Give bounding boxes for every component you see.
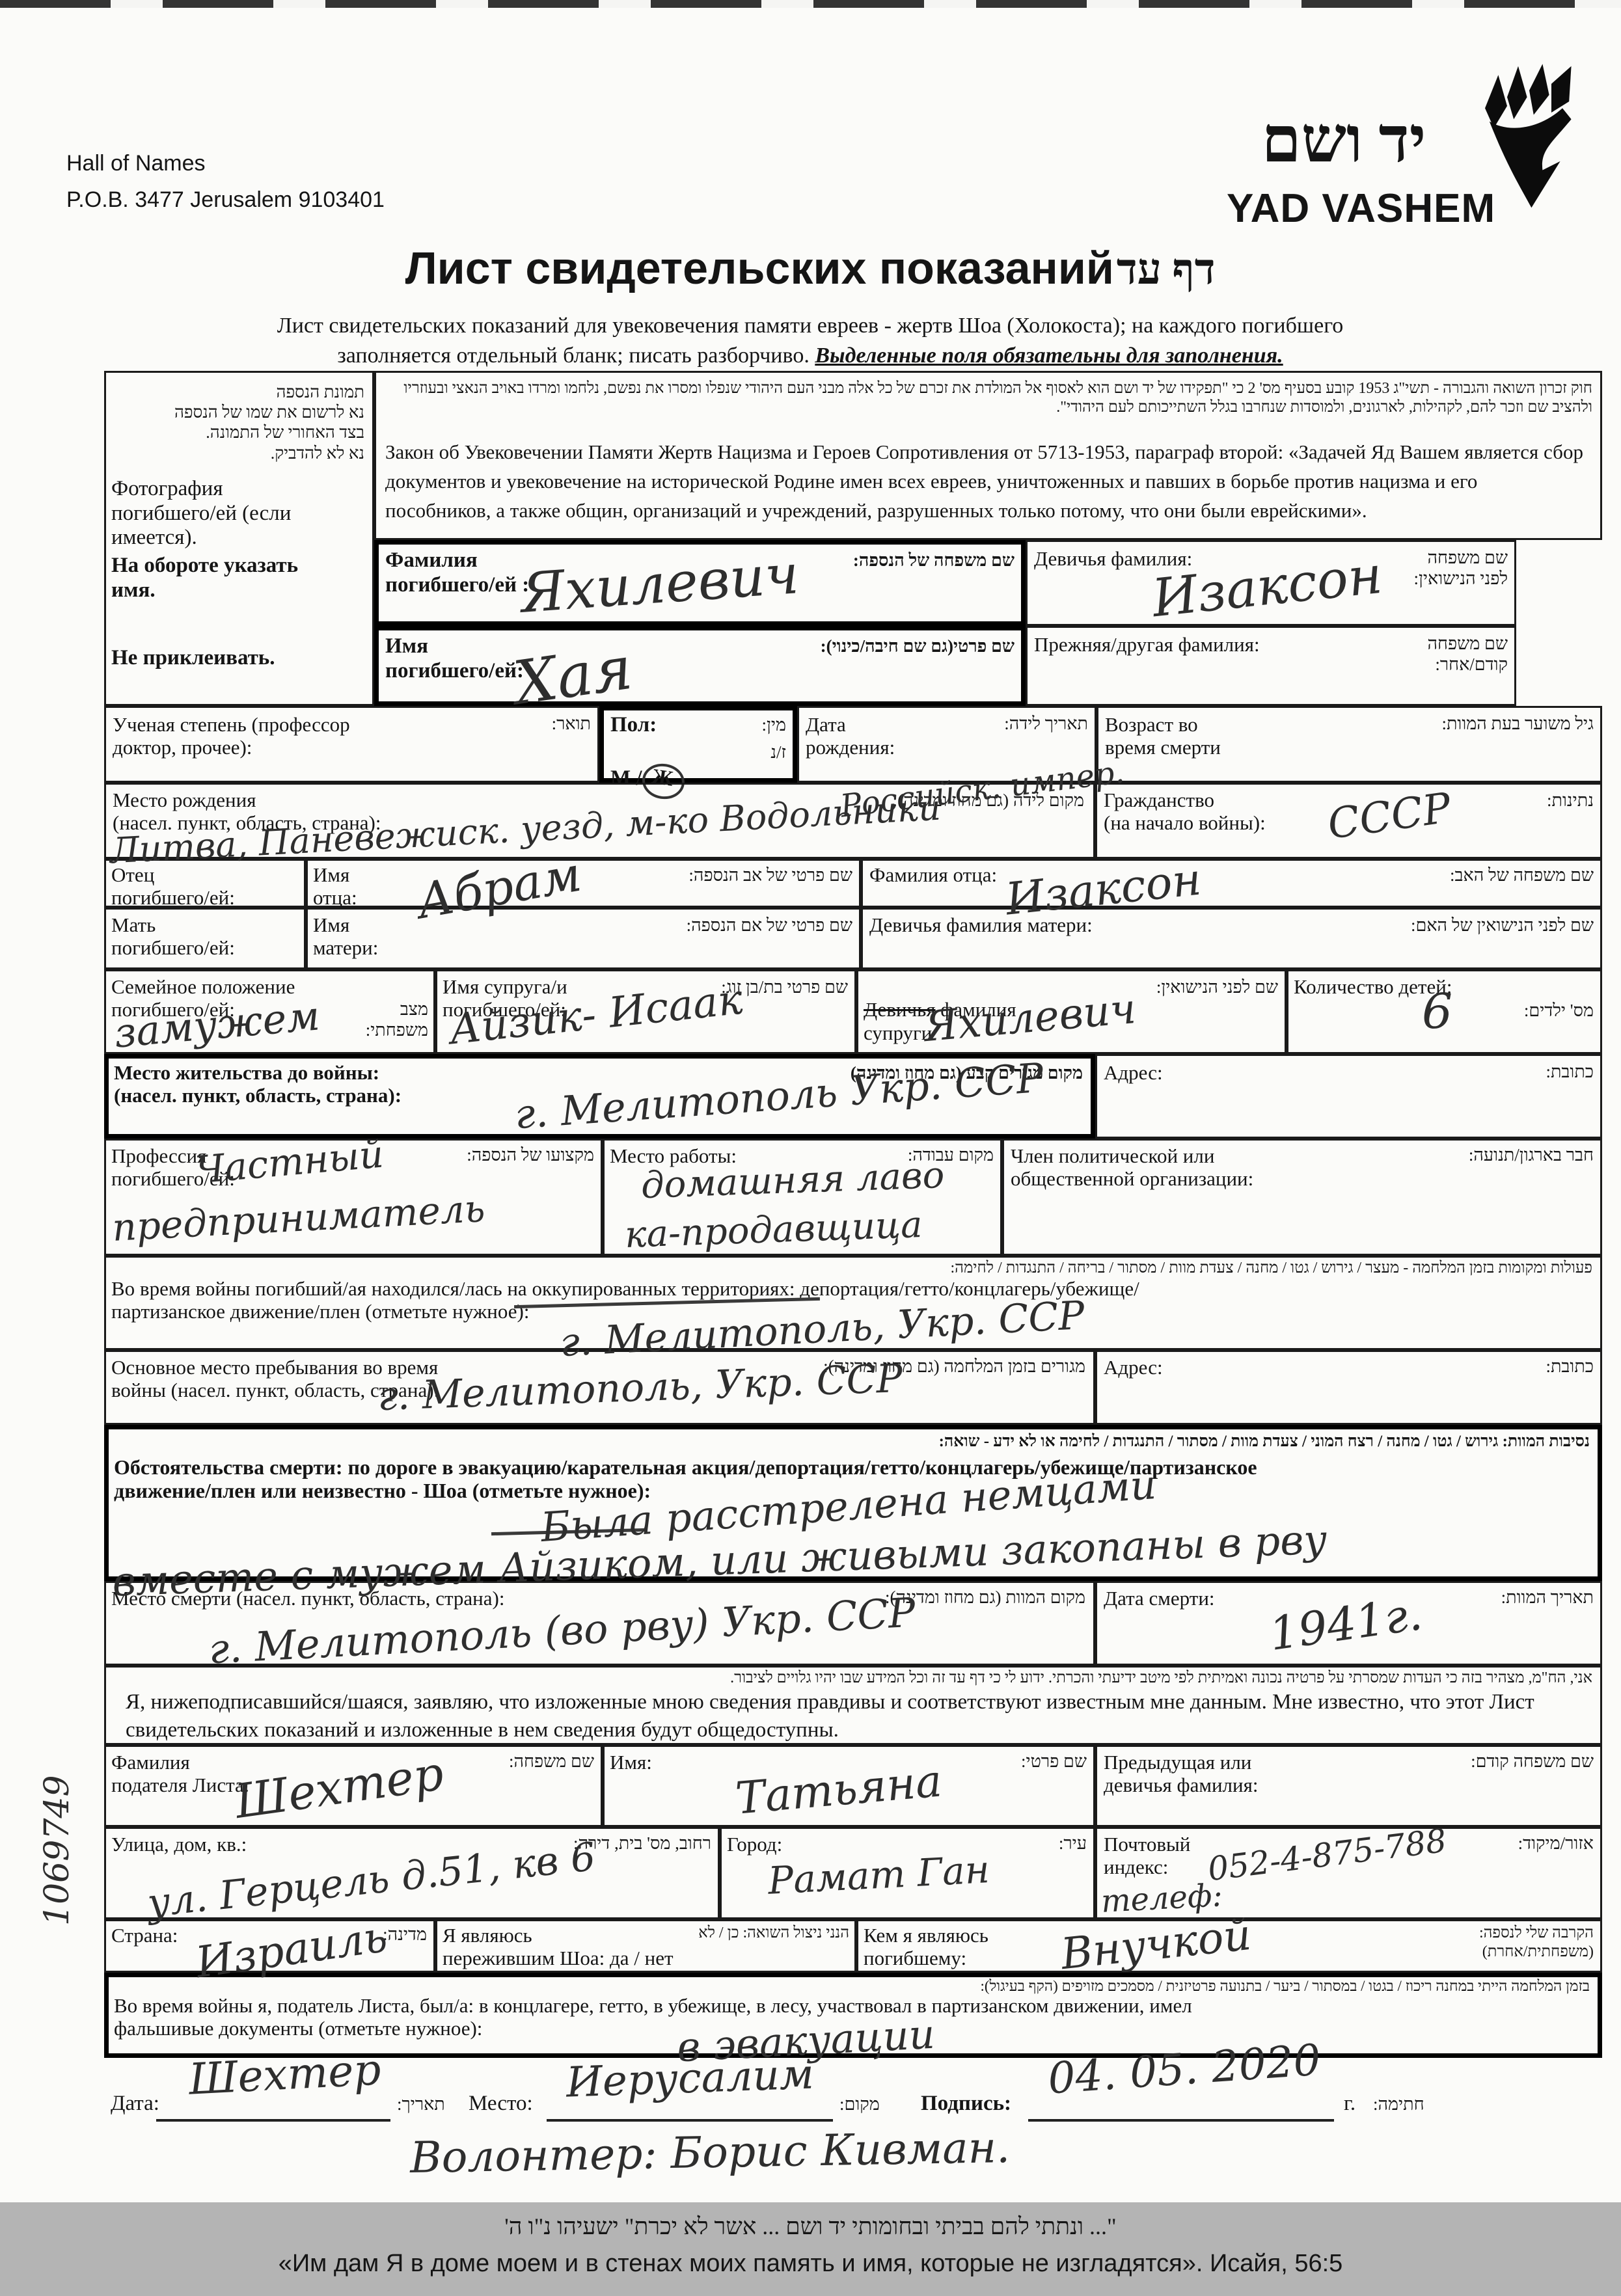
submitter-name-label-he: שם פרטי: (1021, 1751, 1087, 1772)
logo-latin-text: YAD VASHEM (1227, 185, 1581, 232)
photo-note-name: На обороте указать имя. (111, 554, 298, 602)
page-of-testimony: Hall of Names P.O.B. 3477 Jerusalem 9103… (0, 0, 1621, 2296)
law-text-he: חוק זכרון השואה והגבורה - תשי"ג 1953 קוב… (384, 379, 1592, 417)
place-label-ru: Место: (469, 2092, 533, 2116)
survivor-label-ru: Я являюсь пережившим Шоа: да / нет (443, 1924, 674, 1970)
footer-quote-bar: "... ונתתי להם בביתי ובחומותי יד ושם ...… (0, 2202, 1621, 2296)
photo-cell: תמונת הנספה נא לרשום את שמו של הנספה בצד… (104, 371, 374, 706)
death-date-label-ru: Дата смерти: (1104, 1587, 1215, 1610)
signature-date-value: Шехтер (187, 2044, 382, 2104)
age-at-death-cell: Возраст во время смерти גיל משוער בעת המ… (1097, 706, 1602, 783)
signature-label-ru: Подпись: (921, 2092, 1011, 2116)
survivor-label-he: הנני ניצול השואה: כן / לא (698, 1924, 849, 1943)
death-place-label-he: מקום המוות (גם מחוז ומדינה): (885, 1587, 1085, 1608)
age-label-he: גיל משוער בעת המוות: (1441, 713, 1594, 734)
submitter-surname-label-ru: Фамилия подателя Листа: (111, 1751, 249, 1797)
signature-place-value: Иерусалим (565, 2050, 815, 2107)
residence-label-ru: Место жительства до войны: (насел. пункт… (114, 1061, 402, 1107)
father-name-label-he: שם פרטי של אב הנספה: (688, 865, 852, 885)
submitter-previous-name-cell: Предыдущая или девичья фамилия: שם משפחה… (1095, 1745, 1602, 1827)
relation-label-he: הקרבה שלי לנספה: (משפחתית/אחרת) (1479, 1924, 1594, 1962)
submitter-previous-name-label-ru: Предыдущая или девичья фамилия: (1104, 1751, 1258, 1797)
surname-label-ru: Фамилия погибшего/ей : (385, 548, 529, 597)
citizenship-label-he: נתינות: (1547, 790, 1594, 811)
submitter-previous-name-label-he: שם משפחה קודם: (1471, 1751, 1594, 1772)
firstname-label-he: שם פרטי(גם שם חיבה/כינוי): (821, 636, 1015, 656)
mother-maiden-cell: Девичья фамилия матери: שם לפני הנישואין… (861, 908, 1602, 969)
wartime-label-he: פעולות ומקומות בזמן המלחמה - מעצר / גירו… (951, 1259, 1592, 1278)
law-text-ru: Закон об Увековечении Памяти Жертв Нациз… (385, 438, 1586, 526)
page-title-he: דף עד (1117, 246, 1216, 293)
sex-label-ru: Пол: (610, 713, 657, 738)
photo-note-noglue: Не приклеивать. (111, 646, 275, 671)
subtitle-required: Выделенные поля обязательны для заполнен… (815, 344, 1283, 368)
mother-maiden-label-he: שם לפני הנישואין של האם: (1411, 915, 1594, 936)
mother-name-label-ru: Имя матери: (313, 913, 378, 960)
previous-name-label-he: שם משפחה קודם/אחר: (1428, 633, 1508, 675)
submitter-surname-label-he: שם משפחה: (509, 1751, 594, 1772)
logo-hebrew-text: יד ושם (1223, 104, 1464, 177)
address-label-he: כתובת: (1546, 1061, 1594, 1082)
org-name: Hall of Names (66, 151, 206, 176)
date-label-he: תאריך: (397, 2094, 445, 2114)
mother-name-cell: Имя матери: שם פרטי של אם הנספה: (306, 908, 861, 969)
date-label-ru: Дата: (111, 2092, 159, 2116)
death-date-label-he: תאריך המוות: (1501, 1587, 1594, 1608)
scan-artifact (0, 0, 1621, 8)
maiden-label-he: שם משפחה לפני הנישואין: (1414, 547, 1508, 589)
page-title: Лист свидетельских показаний דף עד (104, 242, 1516, 295)
father-surname-cell: Фамилия отца: שם משפחה של האב: (861, 859, 1602, 908)
father-name-label-ru: Имя отца: (313, 863, 357, 910)
age-label-ru: Возраст во время смерти (1105, 713, 1221, 759)
previous-name-label-ru: Прежняя/другая фамилия: (1034, 633, 1260, 656)
signature-label-he: חתימה: (1373, 2094, 1424, 2114)
subtitle-line1: Лист свидетельских показаний для увекове… (277, 314, 1344, 338)
volunteer-line: Волонтер: Борис Кивман. (409, 2122, 1010, 2183)
sex-label-he2: ז/נ (770, 742, 786, 763)
birthdate-label-ru: Дата рождения: (806, 713, 895, 759)
photo-instructions-he: תמונת הנספה נא לרשום את שמו של הנספה בצד… (174, 382, 364, 463)
profession-label-he: מקצועו של הנספה: (467, 1144, 594, 1165)
declaration-he: אני, הח"מ, מצהיר בזה כי העדות שמסרתי על … (730, 1669, 1592, 1688)
surname-label-he: שם משפחה של הנספה: (853, 550, 1015, 571)
mother-cell: Мать погибшего/ей: (104, 908, 306, 969)
subtitle-line2: заполняется отдельный бланк; писать разб… (337, 344, 815, 368)
organization-label-ru: Член политической или общественной орган… (1011, 1144, 1253, 1191)
law-cell: חוק זכרון השואה והגבורה - תשי"ג 1953 קוב… (374, 371, 1602, 540)
citizenship-label-ru: Гражданство (на начало войны): (1104, 789, 1266, 835)
registry-number: 1069749 (38, 1775, 77, 1926)
address-cell: Адрес: כתובת: (1095, 1054, 1602, 1139)
place-label-he: מקום: (839, 2094, 880, 2114)
wartime-address-label-he: כתובת: (1546, 1356, 1594, 1377)
previous-name-cell: Прежняя/другая фамилия: שם משפחה קודם/אח… (1026, 626, 1516, 706)
marital-label-he: מצב משפחתי: (366, 999, 428, 1041)
degree-label-he: תואר: (552, 713, 591, 734)
birthdate-label-he: תאריך לידה: (1004, 713, 1088, 734)
declaration-ru: Я, нижеподписавшийся/шаяся, заявляю, что… (126, 1688, 1583, 1744)
org-address: P.O.B. 3477 Jerusalem 9103401 (66, 187, 385, 213)
declaration-cell: אני, הח"מ, מצהיר בזה כי העדות שמסרתי על … (104, 1666, 1602, 1745)
children-label-he: מס' ילדים: (1524, 1000, 1594, 1021)
submitter-wartime-label-he: בזמן המלחמה הייתי במחנה ריכוז / בגטו / ב… (980, 1977, 1590, 1995)
page-title-ru: Лист свидетельских показаний (405, 243, 1114, 293)
country-label-ru: Страна: (111, 1924, 178, 1947)
submitter-name-label-ru: Имя: (610, 1751, 652, 1774)
subtitle: Лист свидетельских показаний для увекове… (104, 311, 1516, 371)
photo-instructions-ru: Фотография погибшего/ей (если имеется). (111, 477, 291, 550)
spouse-maiden-label-he: שם לפני הנישואין: (1156, 977, 1278, 997)
father-surname-label-ru: Фамилия отца: (869, 863, 997, 886)
sex-label-he1: מין: (762, 714, 786, 735)
footer-quote-ru: «Им дам Я в доме моем и в стенах моих па… (0, 2241, 1621, 2278)
yad-vashem-logo: יד ושם YAD VASHEM (1223, 59, 1601, 260)
address-label-ru: Адрес: (1104, 1061, 1163, 1084)
children-count-value: 6 (1422, 984, 1452, 1040)
organization-cell: Член политической или общественной орган… (1002, 1139, 1602, 1256)
degree-label-ru: Ученая степень (профессор доктор, прочее… (113, 713, 350, 759)
mother-name-label-he: שם פרטי של אם הנספה: (687, 915, 852, 936)
relation-label-ru: Кем я являюсь погибшему: (864, 1924, 988, 1970)
year-letter: г. (1344, 2092, 1355, 2116)
country-label-he: מדינה: (383, 1924, 427, 1945)
footer-quote-he: "... ונתתי להם בביתי ובחומותי יד ושם ...… (0, 2202, 1621, 2241)
firstname-label-ru: Имя погибшего/ей: (385, 634, 524, 683)
postal-label-ru: Почтовый индекс: (1104, 1833, 1190, 1879)
sex-cell: Пол: М /Ж מין: ז/נ (599, 706, 797, 783)
firstname-cell: Имя погибшего/ей: שם פרטי(גם שם חיבה/כינ… (374, 626, 1026, 706)
survivor-cell: Я являюсь пережившим Шоа: да / нет הנני … (435, 1919, 856, 1973)
city-label-he: עיר: (1059, 1833, 1087, 1854)
father-surname-label-he: שם משפחה של האב: (1450, 865, 1594, 885)
street-label-ru: Улица, дом, кв.: (111, 1833, 247, 1856)
wartime-address-cell: Адрес: כתובת: (1095, 1350, 1602, 1425)
city-label-ru: Город: (727, 1833, 782, 1856)
mother-label-ru: Мать погибшего/ей: (111, 913, 235, 960)
wartime-address-label-ru: Адрес: (1104, 1356, 1163, 1379)
death-circumstances-label-he: נסיבות המוות: גירוש / גטו / מחנה / רצח ה… (939, 1432, 1590, 1452)
postal-label-he: אזור/מיקוד: (1518, 1833, 1594, 1854)
organization-label-he: חבר בארגון/תנועה: (1469, 1144, 1594, 1165)
